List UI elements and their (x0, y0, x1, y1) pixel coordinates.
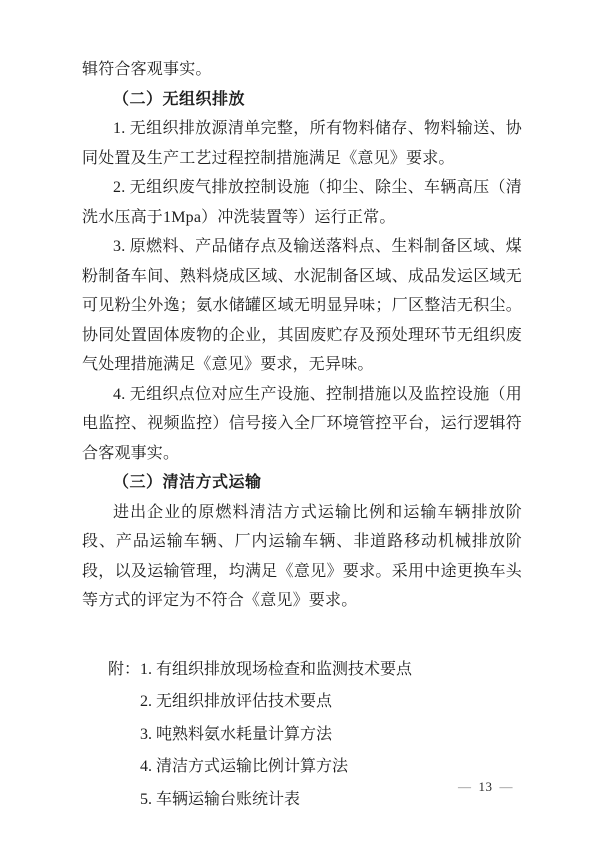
paragraph-2-2: 2. 无组织废气排放控制设施（抑尘、除尘、车辆高压（清洗水压高于1Mpa）冲洗装… (82, 173, 522, 232)
paragraph-2-1: 1. 无组织排放源清单完整，所有物料储存、物料输送、协同处置及生产工艺过程控制措… (82, 114, 522, 173)
page-number-value: 13 (479, 779, 493, 794)
page-number-dash-left: — (458, 779, 472, 794)
attachment-label: 附： (108, 654, 140, 817)
page-number-dash-right: — (500, 779, 514, 794)
section-heading-2: （二）无组织排放 (82, 85, 522, 115)
document-page: 辑符合客观事实。 （二）无组织排放 1. 无组织排放源清单完整，所有物料储存、物… (0, 0, 600, 848)
continuation-paragraph: 辑符合客观事实。 (82, 55, 522, 85)
paragraph-2-3: 3. 原燃料、产品储存点及输送落料点、生料制备区域、煤粉制备车间、熟料烧成区域、… (82, 232, 522, 380)
page-number: —13— (451, 779, 520, 795)
attachment-item-1: 1. 有组织排放现场检查和监测技术要点 (140, 654, 522, 687)
paragraph-3-1: 进出企业的原燃料清洁方式运输比例和运输车辆排放阶段、产品运输车辆、厂内运输车辆、… (82, 498, 522, 616)
paragraph-2-4: 4. 无组织点位对应生产设施、控制措施以及监控设施（用电监控、视频监控）信号接入… (82, 380, 522, 469)
section-heading-3: （三）清洁方式运输 (82, 468, 522, 498)
attachment-item-2: 2. 无组织排放评估技术要点 (140, 686, 522, 719)
attachment-item-3: 3. 吨熟料氨水耗量计算方法 (140, 719, 522, 752)
